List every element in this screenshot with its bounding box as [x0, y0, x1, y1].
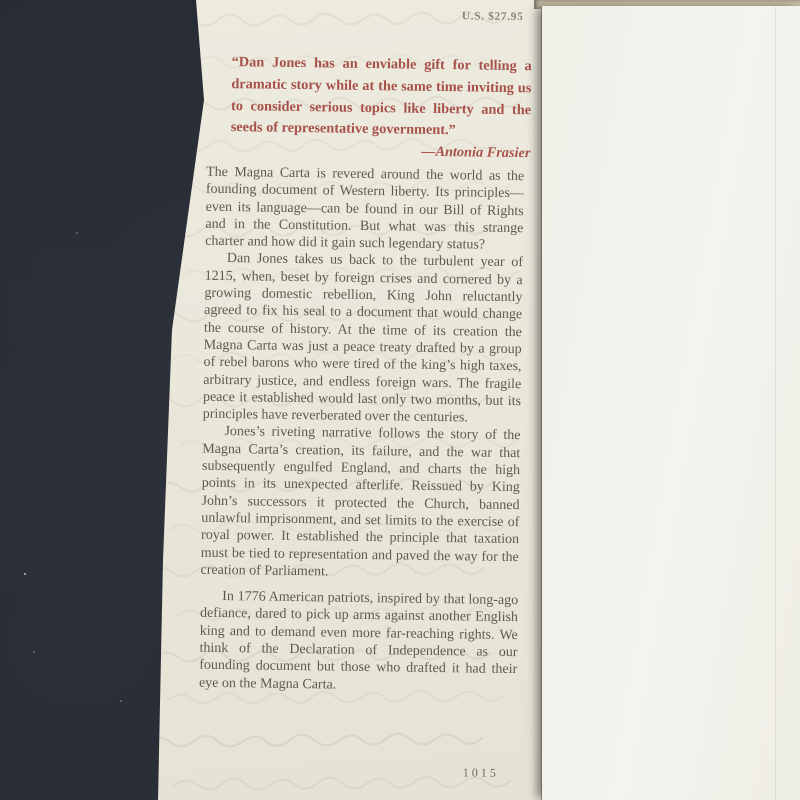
photo-of-book-flap: U.S. $27.95 “Dan Jones has an enviable g…: [0, 0, 800, 800]
review-attribution: —Antonia Frasier: [421, 142, 531, 165]
dust-speck: [76, 232, 78, 234]
synopsis-paragraph-2: Dan Jones takes us back to the turbulent…: [203, 250, 523, 427]
book-page: [542, 6, 800, 800]
dust-speck: [120, 700, 122, 702]
review-blurb: “Dan Jones has an enviable gift for tell…: [230, 52, 531, 165]
review-quote-text: “Dan Jones has an enviable gift for tell…: [231, 54, 532, 139]
synopsis-paragraph-3: Jones’s riveting narrative follows the s…: [200, 423, 520, 583]
dust-speck: [33, 651, 35, 653]
dust-speck: [24, 573, 26, 575]
flap-synopsis: The Magna Carta is revered around the wo…: [199, 164, 524, 696]
page-fold-line: [775, 6, 776, 800]
synopsis-paragraph-1: The Magna Carta is revered around the wo…: [205, 164, 524, 255]
synopsis-paragraph-4: In 1776 American patriots, inspired by t…: [199, 588, 518, 696]
flap-print-code: 1015: [373, 764, 499, 781]
price-label: U.S. $27.95: [383, 9, 523, 23]
